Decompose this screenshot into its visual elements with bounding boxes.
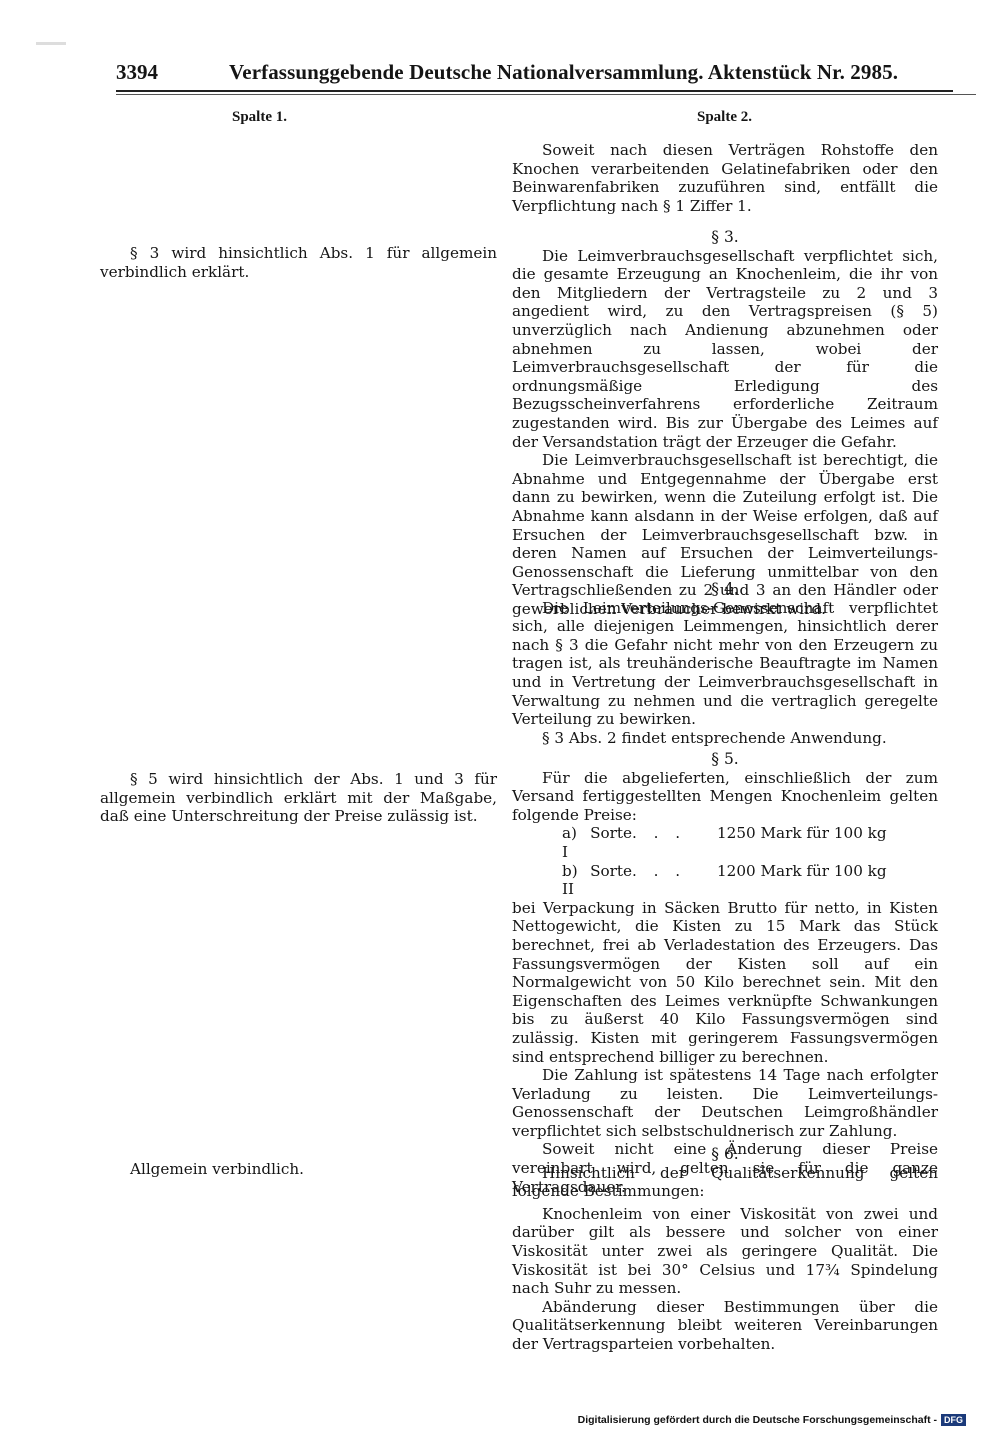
price-label: a) Sorte I: [562, 824, 632, 861]
price-dots: . . .: [632, 824, 717, 861]
section-4: § 4. Die Leimverteilungs-Genossenschaft …: [512, 580, 938, 747]
spalte1-note-s5: § 5 wird hinsichtlich der Abs. 1 und 3 f…: [100, 770, 497, 826]
dfg-logo-icon: DFG: [941, 1414, 966, 1426]
section-heading: § 6.: [512, 1145, 938, 1164]
spalte2-intro: Soweit nach diesen Verträgen Rohstoffe d…: [512, 141, 938, 215]
section-6: § 6. Hinsichtlich der Qualitätserkennung…: [512, 1145, 938, 1354]
section-heading: § 5.: [512, 750, 938, 769]
price-table: a) Sorte I . . . 1250 Mark für 100 kg b)…: [562, 824, 938, 898]
header-rule-thin: [116, 94, 976, 95]
scan-speck: [36, 42, 66, 45]
price-dots: . . .: [632, 862, 717, 899]
column-1-heading: Spalte 1.: [232, 109, 287, 126]
header-rule: [116, 90, 953, 92]
digitization-credit: Digitalisierung gefördert durch die Deut…: [578, 1414, 966, 1426]
section-paragraph: Für die abgelieferten, einschließlich de…: [512, 769, 938, 825]
section-paragraph: § 3 Abs. 2 findet entsprechende Anwendun…: [512, 729, 938, 748]
section-heading: § 3.: [512, 228, 938, 247]
price-value: 1250 Mark für 100 kg: [717, 824, 887, 861]
section-3: § 3. Die Leimverbrauchsgesellschaft verp…: [512, 228, 938, 618]
section-paragraph: Die Zahlung ist spätestens 14 Tage nach …: [512, 1066, 938, 1140]
price-row: b) Sorte II . . . 1200 Mark für 100 kg: [562, 862, 938, 899]
spalte1-note-s3: § 3 wird hinsichtlich Abs. 1 für allgeme…: [100, 244, 497, 281]
section-paragraph: Knochenleim von einer Viskosität von zwe…: [512, 1205, 938, 1298]
price-label: b) Sorte II: [562, 862, 632, 899]
column-2-heading: Spalte 2.: [697, 109, 752, 126]
intro-paragraph: Soweit nach diesen Verträgen Rohstoffe d…: [512, 141, 938, 215]
section-paragraph: bei Verpackung in Säcken Brutto für nett…: [512, 899, 938, 1066]
note-paragraph: § 3 wird hinsichtlich Abs. 1 für allgeme…: [100, 244, 497, 281]
spalte1-note-s6: Allgemein verbindlich.: [100, 1160, 497, 1179]
section-paragraph: Hinsichtlich der Qualitätserkennung gelt…: [512, 1164, 938, 1201]
section-5: § 5. Für die abgelieferten, einschließli…: [512, 750, 938, 1196]
price-row: a) Sorte I . . . 1250 Mark für 100 kg: [562, 824, 938, 861]
page-header: 3394 Verfassunggebende Deutsche National…: [116, 60, 951, 94]
price-value: 1200 Mark für 100 kg: [717, 862, 887, 899]
section-paragraph: Die Leimverbrauchsgesellschaft verpflich…: [512, 247, 938, 452]
running-title: Verfassunggebende Deutsche Nationalversa…: [176, 60, 951, 85]
section-paragraph: Die Leimverteilungs-Genossenschaft verpf…: [512, 599, 938, 729]
note-paragraph: § 5 wird hinsichtlich der Abs. 1 und 3 f…: [100, 770, 497, 826]
note-paragraph: Allgemein verbindlich.: [100, 1160, 497, 1179]
section-heading: § 4.: [512, 580, 938, 599]
section-paragraph: Abänderung dieser Bestimmungen über die …: [512, 1298, 938, 1354]
credit-text: Digitalisierung gefördert durch die Deut…: [578, 1414, 937, 1426]
page-number: 3394: [116, 60, 176, 85]
